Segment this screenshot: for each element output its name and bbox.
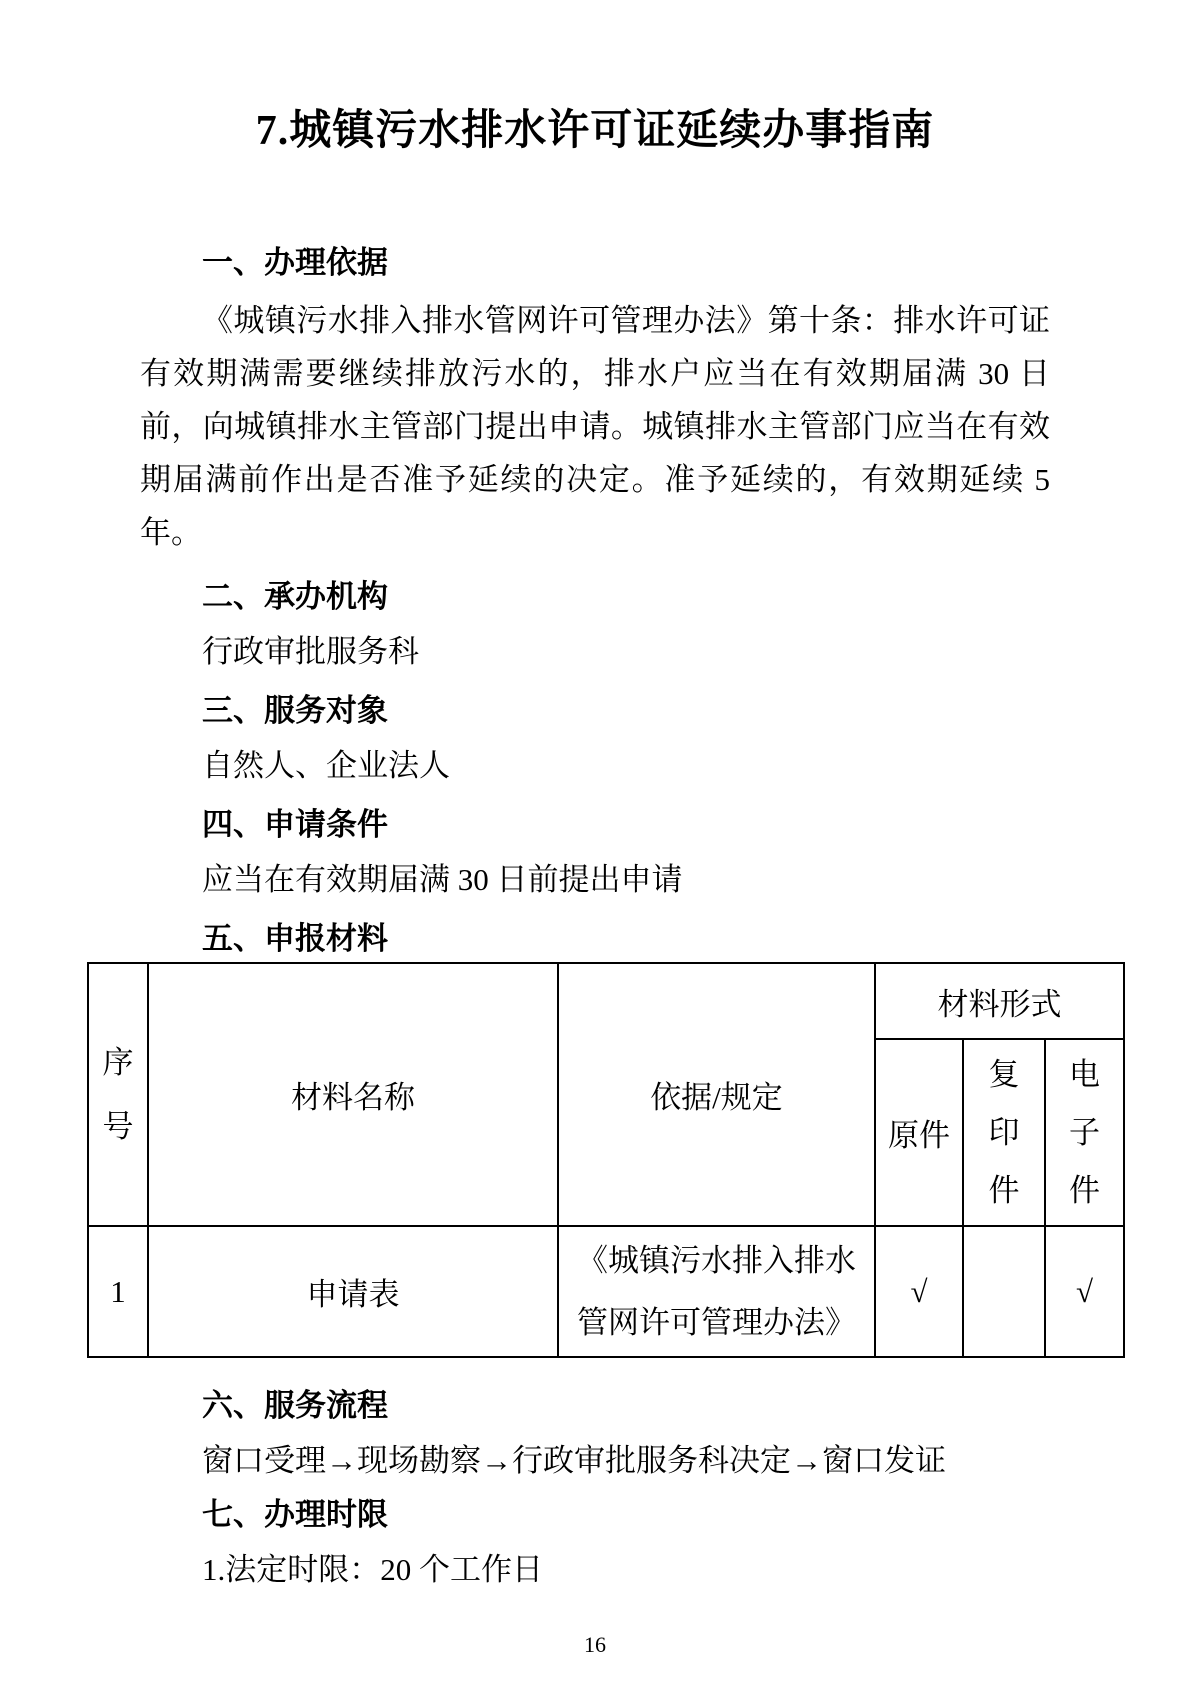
header-cell-electronic: 电子件	[1045, 1039, 1124, 1226]
section-heading-basis: 一、办理依据	[140, 242, 1050, 284]
section-body-timelimit: 1.法定时限：20 个工作日	[140, 1549, 1050, 1591]
page-number: 16	[0, 1630, 1190, 1660]
header-label-name: 材料名称	[291, 1080, 415, 1115]
header-label-original: 原件	[888, 1118, 950, 1153]
header-label-electronic: 电子件	[1067, 1046, 1103, 1220]
materials-table: 序号 材料名称 依据/规定 材料形式 原件 复印件 电子件 1 申请表 《城镇污…	[87, 962, 1125, 1358]
table-row: 1 申请表 《城镇污水排入排水管网许可管理办法》 √ √	[88, 1226, 1124, 1357]
row-cell-no: 1	[88, 1226, 148, 1357]
header-cell-no: 序号	[88, 963, 148, 1226]
section-heading-materials: 五、申报材料	[140, 918, 1050, 960]
row-cell-name: 申请表	[148, 1226, 558, 1357]
section-body-audience: 自然人、企业法人	[140, 745, 1050, 787]
header-cell-copy: 复印件	[963, 1039, 1045, 1226]
section-heading-audience: 三、服务对象	[140, 690, 1050, 732]
header-cell-form-group: 材料形式	[875, 963, 1124, 1039]
row-cell-original-check: √	[875, 1226, 963, 1357]
header-cell-basis: 依据/规定	[558, 963, 875, 1226]
row-cell-copy-check	[963, 1226, 1045, 1357]
header-cell-original: 原件	[875, 1039, 963, 1226]
row-cell-basis: 《城镇污水排入排水管网许可管理办法》	[558, 1226, 875, 1357]
section-body-process: 窗口受理→现场勘察→行政审批服务科决定→窗口发证	[140, 1440, 1050, 1482]
header-label-basis: 依据/规定	[650, 1080, 783, 1115]
header-cell-name: 材料名称	[148, 963, 558, 1226]
section-heading-timelimit: 七、办理时限	[140, 1494, 1050, 1536]
section-body-conditions: 应当在有效期届满 30 日前提出申请	[140, 859, 1050, 901]
table-header-row-top: 序号 材料名称 依据/规定 材料形式	[88, 963, 1124, 1039]
row-cell-electronic-check: √	[1045, 1226, 1124, 1357]
section-body-agency: 行政审批服务科	[140, 631, 1050, 673]
section-body-basis: 《城镇污水排入排水管网许可管理办法》第十条：排水许可证有效期满需要继续排放污水的…	[140, 294, 1050, 559]
upper-text-block: 一、办理依据 《城镇污水排入排水管网许可管理办法》第十条：排水许可证有效期满需要…	[140, 242, 1050, 960]
page-title: 7.城镇污水排水许可证延续办事指南	[0, 0, 1190, 162]
header-label-copy: 复印件	[986, 1046, 1022, 1220]
document-page: 7.城镇污水排水许可证延续办事指南 一、办理依据 《城镇污水排入排水管网许可管理…	[0, 0, 1190, 1684]
section-heading-agency: 二、承办机构	[140, 576, 1050, 618]
header-label-form-group: 材料形式	[938, 987, 1062, 1022]
section-heading-conditions: 四、申请条件	[140, 804, 1050, 846]
lower-text-block: 六、服务流程 窗口受理→现场勘察→行政审批服务科决定→窗口发证 七、办理时限 1…	[140, 1385, 1050, 1591]
header-label-no: 序号	[100, 1031, 136, 1159]
section-heading-process: 六、服务流程	[140, 1385, 1050, 1427]
